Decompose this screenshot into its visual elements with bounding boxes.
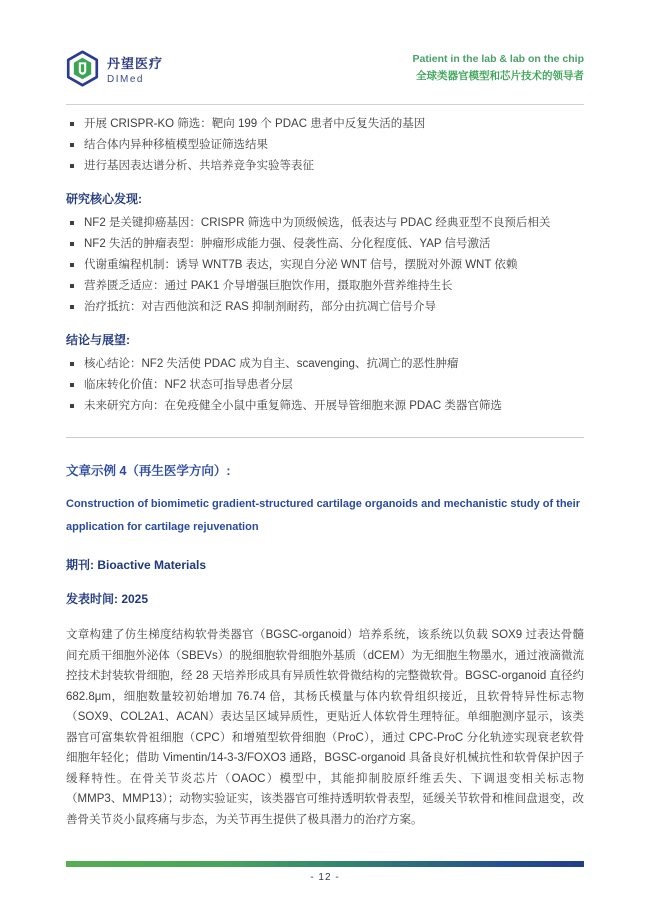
list-item: 开展 CRISPR-KO 筛选：靶向 199 个 PDAC 患者中反复失活的基因 (66, 114, 584, 135)
list-item: 临床转化价值：NF2 状态可指导患者分层 (66, 375, 584, 396)
page-number: - 12 - (0, 872, 650, 883)
article-abstract: 文章构建了仿生梯度结构软骨类器官（BGSC-organoid）培养系统，该系统以… (66, 625, 584, 830)
list-item-text: 治疗抵抗：对吉西他滨和泛 RAS 抑制剂耐药，部分由抗凋亡信号介导 (84, 297, 584, 318)
list-item: 营养匮乏适应：通过 PAK1 介导增强巨胞饮作用，摄取胞外营养维持生长 (66, 276, 584, 297)
bullet-square-icon (70, 362, 74, 366)
tagline-english: Patient in the lab & lab on the chip (412, 52, 584, 67)
bullet-square-icon (70, 404, 74, 408)
tagline-chinese: 全球类器官模型和芯片技术的领导者 (412, 69, 584, 84)
list-item: NF2 是关键抑癌基因：CRISPR 筛选中为顶级候选，低表达与 PDAC 经典… (66, 213, 584, 234)
conclusion-bullet-list: 核心结论：NF2 失活使 PDAC 成为自主、scavenging、抗凋亡的恶性… (66, 354, 584, 417)
bullet-square-icon (70, 383, 74, 387)
bullet-square-icon (70, 263, 74, 267)
list-item: 代谢重编程机制：诱导 WNT7B 表达，实现自分泌 WNT 信号，摆脱对外源 W… (66, 255, 584, 276)
bullet-square-icon (70, 164, 74, 168)
list-item-text: 营养匮乏适应：通过 PAK1 介导增强巨胞饮作用，摄取胞外营养维持生长 (84, 276, 584, 297)
list-item-text: NF2 是关键抑癌基因：CRISPR 筛选中为顶级候选，低表达与 PDAC 经典… (84, 213, 584, 234)
section-divider (66, 437, 584, 438)
list-item: 未来研究方向：在免疫健全小鼠中重复筛选、开展导管细胞来源 PDAC 类器官筛选 (66, 396, 584, 417)
list-item: NF2 失活的肿瘤表型：肿瘤形成能力强、侵袭性高、分化程度低、YAP 信号激活 (66, 234, 584, 255)
bullet-square-icon (70, 122, 74, 126)
list-item-text: 进行基因表达谱分析、共培养竞争实验等表征 (84, 156, 584, 177)
article-journal: 期刊: Bioactive Materials (66, 556, 584, 573)
findings-bullet-list: NF2 是关键抑癌基因：CRISPR 筛选中为顶级候选，低表达与 PDAC 经典… (66, 213, 584, 318)
dimed-logo: 丹望医疗 DIMed (66, 50, 163, 92)
section-heading-conclusion: 结论与展望: (66, 331, 584, 348)
list-item: 核心结论：NF2 失活使 PDAC 成为自主、scavenging、抗凋亡的恶性… (66, 354, 584, 375)
document-page: 丹望医疗 DIMed Patient in the lab & lab on t… (0, 0, 650, 919)
list-item-text: NF2 失活的肿瘤表型：肿瘤形成能力强、侵袭性高、分化程度低、YAP 信号激活 (84, 234, 584, 255)
list-item-text: 核心结论：NF2 失活使 PDAC 成为自主、scavenging、抗凋亡的恶性… (84, 354, 584, 375)
bullet-square-icon (70, 143, 74, 147)
footer-gradient-bar (66, 861, 584, 867)
logo-name-en: DIMed (107, 74, 163, 86)
bullet-square-icon (70, 284, 74, 288)
dimed-hexagon-logo-icon (66, 50, 99, 92)
logo-text-block: 丹望医疗 DIMed (107, 57, 163, 85)
article-section-label: 文章示例 4（再生医学方向）: (66, 461, 584, 479)
list-item-text: 未来研究方向：在免疫健全小鼠中重复筛选、开展导管细胞来源 PDAC 类器官筛选 (84, 396, 584, 417)
article-title: Construction of biomimetic gradient-stru… (66, 493, 584, 539)
article-pub-date: 发表时间: 2025 (66, 590, 584, 607)
list-item-text: 代谢重编程机制：诱导 WNT7B 表达，实现自分泌 WNT 信号，摆脱对外源 W… (84, 255, 584, 276)
logo-name-cn: 丹望医疗 (107, 57, 163, 72)
list-item-text: 结合体内异种移植模型验证筛选结果 (84, 135, 584, 156)
list-item-text: 开展 CRISPR-KO 筛选：靶向 199 个 PDAC 患者中反复失活的基因 (84, 114, 584, 135)
bullet-square-icon (70, 305, 74, 309)
page-header: 丹望医疗 DIMed Patient in the lab & lab on t… (66, 0, 584, 92)
section-heading-findings: 研究核心发现: (66, 190, 584, 207)
list-item: 结合体内异种移植模型验证筛选结果 (66, 135, 584, 156)
header-divider (66, 104, 584, 105)
bullet-square-icon (70, 221, 74, 225)
header-tagline: Patient in the lab & lab on the chip 全球类… (412, 50, 584, 84)
list-item: 治疗抵抗：对吉西他滨和泛 RAS 抑制剂耐药，部分由抗凋亡信号介导 (66, 297, 584, 318)
method-bullet-list: 开展 CRISPR-KO 筛选：靶向 199 个 PDAC 患者中反复失活的基因… (66, 114, 584, 177)
list-item: 进行基因表达谱分析、共培养竞争实验等表征 (66, 156, 584, 177)
list-item-text: 临床转化价值：NF2 状态可指导患者分层 (84, 375, 584, 396)
bullet-square-icon (70, 242, 74, 246)
